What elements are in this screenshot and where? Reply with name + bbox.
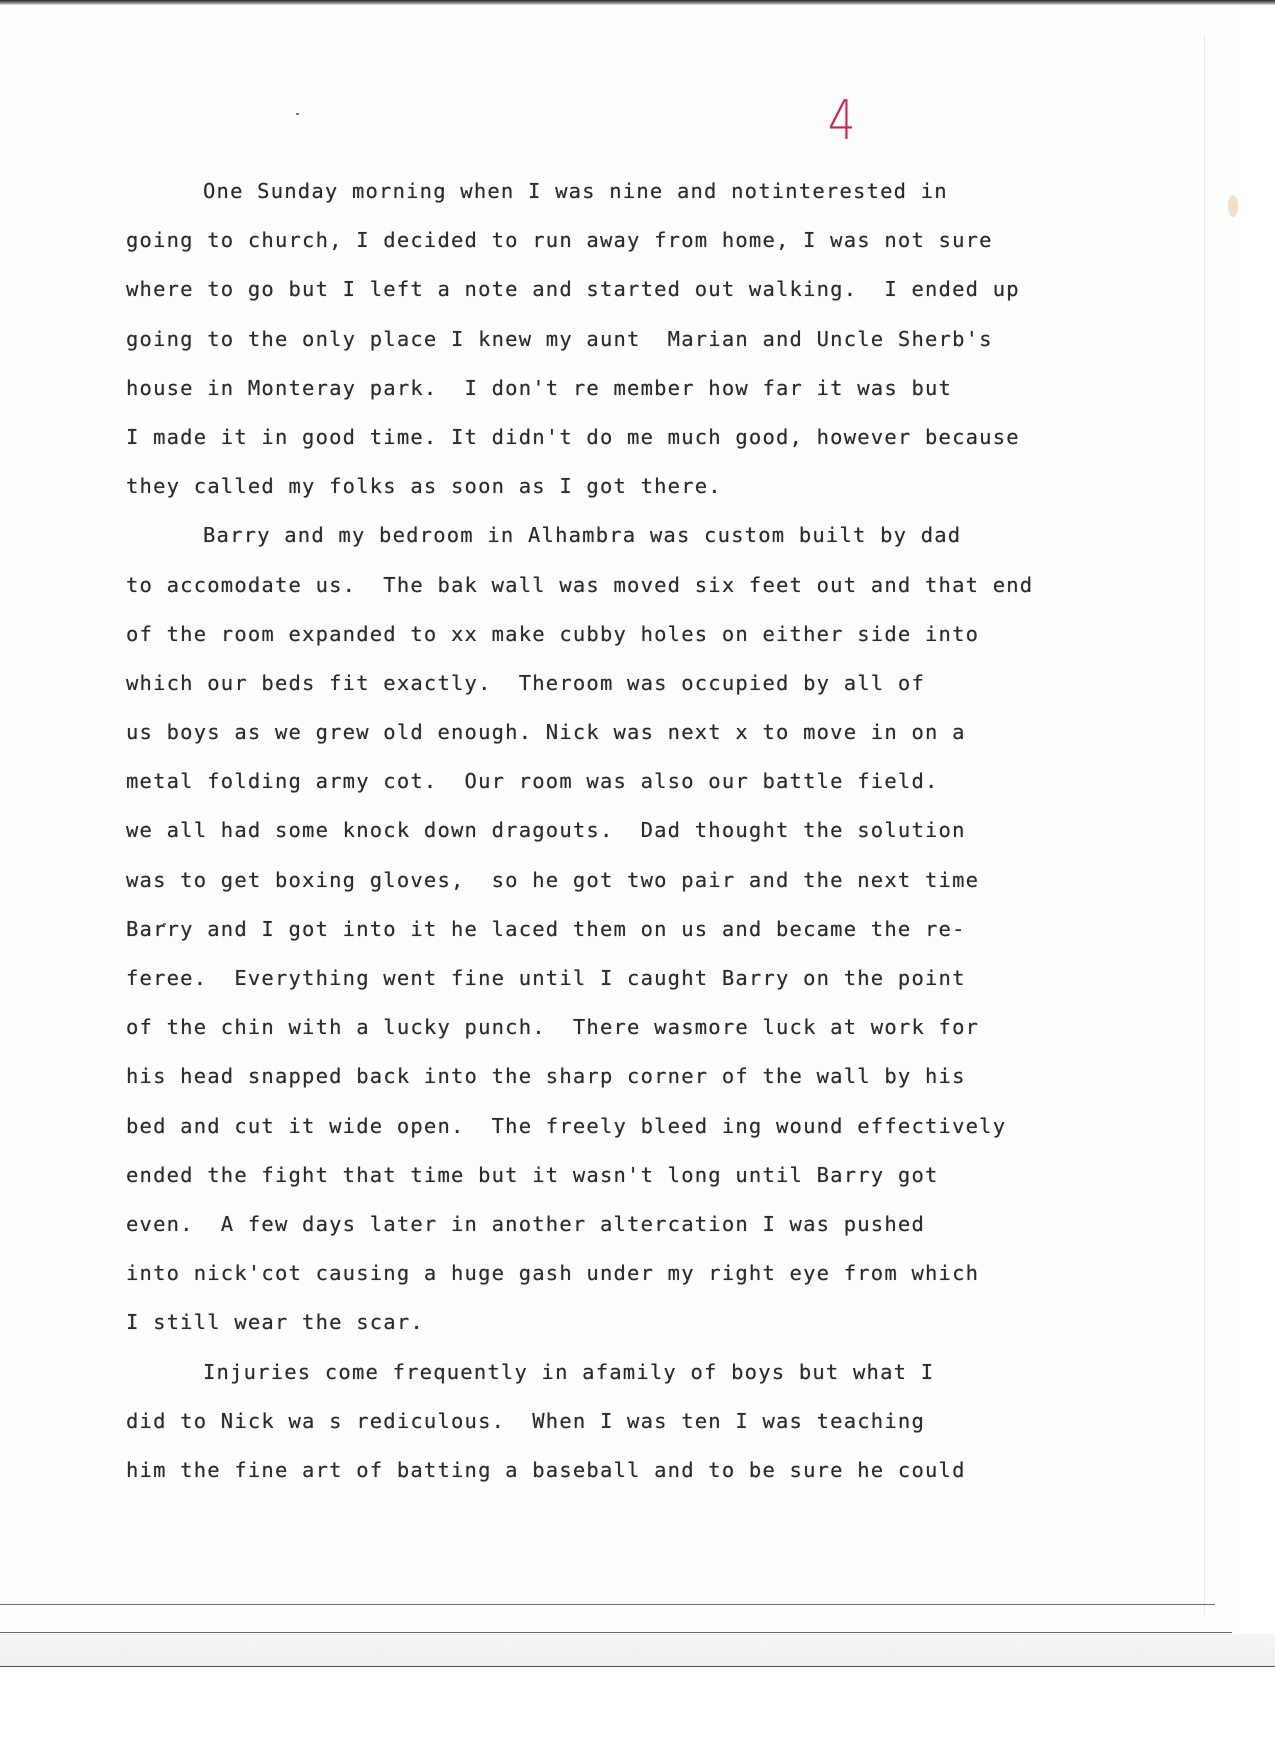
stray-mark: [296, 113, 299, 115]
text-line: which our beds fit exactly. Theroom was …: [126, 673, 1136, 722]
text-line: his head snapped back into the sharp cor…: [126, 1066, 1136, 1115]
text-line: of the room expanded to xx make cubby ho…: [126, 624, 1136, 673]
text-line: we all had some knock down dragouts. Dad…: [126, 820, 1136, 869]
underlying-sheet-edge: [0, 1666, 1275, 1667]
text-line: even. A few days later in another alterc…: [126, 1214, 1136, 1263]
text-line: One Sunday morning when I was nine and n…: [126, 181, 1136, 230]
text-line: I still wear the scar.: [126, 1312, 1136, 1361]
text-line: I made it in good time. It didn't do me …: [126, 427, 1136, 476]
text-line: to accomodate us. The bak wall was moved…: [126, 575, 1136, 624]
text-line: Injuries come frequently in afamily of b…: [126, 1362, 1136, 1411]
text-line: metal folding army cot. Our room was als…: [126, 771, 1136, 820]
text-line: where to go but I left a note and starte…: [126, 279, 1136, 328]
text-line: Barry and my bedroom in Alhambra was cus…: [126, 525, 1136, 574]
underlying-sheet-edge: [0, 1632, 1232, 1633]
text-line: us boys as we grew old enough. Nick was …: [126, 722, 1136, 771]
text-line: going to the only place I knew my aunt M…: [126, 329, 1136, 378]
text-line: did to Nick wa s rediculous. When I was …: [126, 1411, 1136, 1460]
text-line: they called my folks as soon as I got th…: [126, 476, 1136, 525]
handwritten-page-number: 4: [828, 89, 855, 152]
text-line: feree. Everything went fine until I caug…: [126, 968, 1136, 1017]
text-line: Barry and I got into it he laced them on…: [126, 919, 1136, 968]
underlying-sheet-edge: [0, 1604, 1215, 1605]
text-line: bed and cut it wide open. The freely ble…: [126, 1116, 1136, 1165]
paper-stain: [1228, 195, 1238, 217]
text-line: going to church, I decided to run away f…: [126, 230, 1136, 279]
body-text: One Sunday morning when I was nine and n…: [126, 181, 1136, 1509]
underlying-sheet: [0, 1634, 1275, 1666]
text-line: of the chin with a lucky punch. There wa…: [126, 1017, 1136, 1066]
text-line: into nick'cot causing a huge gash under …: [126, 1263, 1136, 1312]
typewritten-page: 4 One Sunday morning when I was nine and…: [0, 5, 1240, 1635]
text-line: was to get boxing gloves, so he got two …: [126, 870, 1136, 919]
paper-edge-line: [1204, 35, 1205, 1615]
text-line: house in Monteray park. I don't re membe…: [126, 378, 1136, 427]
text-line: ended the fight that time but it wasn't …: [126, 1165, 1136, 1214]
text-line: him the fine art of batting a baseball a…: [126, 1460, 1136, 1509]
